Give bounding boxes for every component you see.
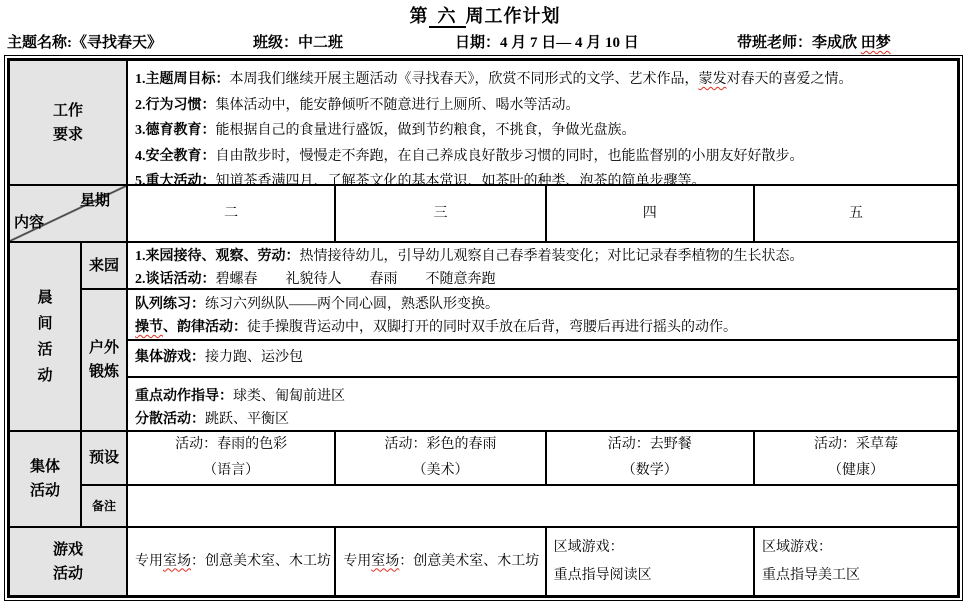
outdoor-label-line2: 锻炼	[89, 360, 119, 384]
work-label-line2: 要求	[53, 123, 83, 147]
date-field: 日期：4 月 7 日— 4 月 10 日	[455, 31, 639, 52]
theme-label: 主题名称:	[7, 35, 72, 51]
drill-line1: 队列练习：练习六列纵队——两个同心圆，熟悉队形变换。	[135, 293, 951, 316]
area-games-label: 区域游戏：	[554, 534, 749, 562]
work-item-3-label: 3.德育教育：	[135, 123, 216, 138]
title-week-number: 六	[429, 6, 466, 28]
work-item-1-text: 本周我们继续开展主题活动《寻找春天》，欣赏不同形式的文学、艺术作品，	[230, 72, 699, 87]
teacher-value-2: 田梦	[861, 35, 891, 51]
work-item: 4.安全教育：自由散步时，慢慢走不奔跑，在自己养成良好散步习惯的同时，也能监督别…	[135, 144, 951, 170]
day-header-fri: 五	[755, 186, 957, 243]
group-games-text: 接力跑、运沙包	[205, 350, 303, 365]
morning-label-char4: 动	[37, 363, 52, 389]
row-label-game-activities: 游戏活动	[10, 528, 128, 595]
games-text-end: ：创意美术室、木工坊	[399, 554, 539, 569]
date-value: 4 月 7 日— 4 月 10 日	[500, 35, 639, 51]
group-games-line: 集体游戏：接力跑、运沙包	[135, 345, 303, 370]
games-label-line2: 活动	[53, 562, 83, 586]
preset-activity: 活动：彩色的春雨	[384, 432, 496, 458]
teacher-value: 李成欣	[812, 35, 861, 51]
day-header-tue: 二	[128, 186, 336, 243]
outdoor-label-line1: 户外	[89, 336, 119, 360]
morning-label-char1: 晨	[37, 285, 52, 311]
preset-activity: 活动：春雨的色彩	[175, 432, 287, 458]
work-item: 2.行为习惯：集体活动中，能安静倾听不随意进行上厕所、喝水等活动。	[135, 93, 951, 119]
area-games-focus: 重点指导阅读区	[554, 562, 749, 590]
arrival-line1-text: 热情接待幼儿，引导幼儿观察自己春季着装变化；对比记录春季植物的生长状态。	[300, 249, 804, 264]
page-title: 第六周工作计划	[0, 2, 970, 28]
arrival-line1: 1.来园接待、观察、劳动：热情接待幼儿，引导幼儿观察自己春季着装变化；对比记录春…	[135, 245, 951, 268]
work-item-5-text: 知道茶香满四月，了解茶文化的基本常识，如茶叶的种类、泡茶的简单步骤等。	[216, 174, 706, 186]
misspelling-mark: 室场	[163, 554, 191, 569]
matrix-header-week: 星期	[80, 189, 110, 214]
arrival-line2-text: 碧螺春 礼貌待人 春雨 不随意奔跑	[216, 272, 496, 287]
morning-label-char2: 间	[37, 311, 52, 337]
plan-table: 工作要求 1.主题周目标：本周我们继续开展主题活动《寻找春天》，欣赏不同形式的文…	[4, 55, 963, 601]
day-header-wed: 三	[336, 186, 546, 243]
drill-line2-text: 徒手操腹背运动中，双脚打开的同时双手放在后背，弯腰后再进行摇头的动作。	[247, 320, 737, 335]
day-header-thu: 四	[547, 186, 755, 243]
theme-value: 《寻找春天》	[72, 35, 162, 51]
misspelling-mark: 室场	[371, 554, 399, 569]
title-suffix: 周工作计划	[466, 6, 561, 26]
class-label: 班级：	[253, 35, 298, 51]
cell-preset-thu: 活动：去野餐（数学）	[547, 432, 755, 486]
area-games-focus: 重点指导美工区	[762, 562, 953, 590]
arrival-line2: 2.谈话活动：碧螺春 礼貌待人 春雨 不随意奔跑	[135, 268, 951, 290]
cell-arrival: 1.来园接待、观察、劳动：热情接待幼儿，引导幼儿观察自己春季着装变化；对比记录春…	[128, 243, 957, 290]
row-label-morning-activities: 晨间活动	[10, 243, 82, 432]
key-actions-text: 球类、匍匐前进区	[233, 389, 345, 404]
preset-activity: 活动：去野餐	[608, 432, 692, 458]
cell-preset-wed: 活动：彩色的春雨（美术）	[336, 432, 546, 486]
games-label-line1: 游戏	[53, 538, 83, 562]
group-label-line2: 活动	[30, 479, 60, 503]
row-label-collective-activities: 集体活动	[10, 432, 82, 528]
work-label-line1: 工作	[53, 99, 83, 123]
preset-domain: （数学）	[622, 458, 678, 484]
scattered-activity-text: 跳跃、平衡区	[205, 412, 289, 427]
preset-domain: （健康）	[828, 458, 884, 484]
cell-preset-tue: 活动：春雨的色彩（语言）	[128, 432, 336, 486]
theme-name-field: 主题名称:《寻找春天》	[7, 31, 162, 52]
arrival-line2-label: 2.谈话活动：	[135, 272, 216, 287]
group-label-line1: 集体	[30, 455, 60, 479]
work-item-3-text: 能根据自己的食量进行盛饭，做到节约粮食，不挑食，争做光盘族。	[216, 123, 636, 138]
drill-line1-text: 练习六列纵队——两个同心圆，熟悉队形变换。	[205, 297, 499, 312]
misspelling-mark: 操节	[135, 320, 163, 335]
work-item-2-text: 集体活动中，能安静倾听不随意进行上厕所、喝水等活动。	[216, 98, 580, 113]
cell-outdoor-drill: 队列练习：练习六列纵队——两个同心圆，熟悉队形变换。 操节、韵律活动：徒手操腹背…	[128, 290, 957, 341]
scattered-activity-label: 分散活动：	[135, 412, 205, 427]
work-item-5-label: 5.重大活动：	[135, 174, 216, 186]
work-item-1-text-end: 对春天的喜爱之情。	[727, 72, 853, 87]
work-item-2-label: 2.行为习惯：	[135, 98, 216, 113]
group-games-label: 集体游戏：	[135, 350, 205, 365]
key-actions-line2: 分散活动：跳跃、平衡区	[135, 408, 951, 431]
teacher-label: 带班老师：	[737, 35, 812, 51]
row-label-work-requirements: 工作要求	[10, 61, 128, 186]
date-label: 日期：	[455, 35, 500, 51]
preset-domain: （语言）	[203, 458, 259, 484]
matrix-header-content: 内容	[14, 211, 44, 236]
preset-activity: 活动：采草莓	[814, 432, 898, 458]
drill-line2-label: 、韵律活动：	[163, 320, 247, 335]
work-item-1-label: 1.主题周目标：	[135, 72, 230, 87]
preset-domain: （美术）	[412, 458, 468, 484]
drill-line2: 操节、韵律活动：徒手操腹背运动中，双脚打开的同时双手放在后背，弯腰后再进行摇头的…	[135, 316, 951, 339]
cell-games-fri: 区域游戏：重点指导美工区	[755, 528, 957, 595]
cell-games-tue: 专用室场：创意美术室、木工坊	[128, 528, 336, 595]
cell-group-games: 集体游戏：接力跑、运沙包	[128, 341, 957, 378]
drill-line1-label: 队列练习：	[135, 297, 205, 312]
work-item: 1.主题周目标：本周我们继续开展主题活动《寻找春天》，欣赏不同形式的文学、艺术作…	[135, 67, 951, 93]
class-value: 中二班	[298, 35, 343, 51]
sub-label-note: 备注	[82, 486, 128, 528]
class-field: 班级：中二班	[253, 31, 343, 52]
work-item-4-label: 4.安全教育：	[135, 149, 216, 164]
sub-label-outdoor-exercise: 户外锻炼	[82, 290, 128, 432]
morning-label-char3: 活	[37, 337, 52, 363]
work-item-4-text: 自由散步时，慢慢走不奔跑，在自己养成良好散步习惯的同时，也能监督别的小朋友好好散…	[216, 149, 804, 164]
title-prefix: 第	[410, 6, 429, 26]
cell-preset-fri: 活动：采草莓（健康）	[755, 432, 957, 486]
cell-key-actions: 重点动作指导：球类、匍匐前进区 分散活动：跳跃、平衡区	[128, 378, 957, 432]
sub-label-arrival: 来园	[82, 243, 128, 290]
document-info-row: 主题名称:《寻找春天》 班级：中二班 日期：4 月 7 日— 4 月 10 日 …	[0, 31, 970, 53]
matrix-header-cell: 星期 内容	[10, 186, 128, 243]
key-actions-label: 重点动作指导：	[135, 389, 233, 404]
area-games-label: 区域游戏：	[762, 534, 953, 562]
sub-label-preset: 预设	[82, 432, 128, 486]
weekly-plan-document: { "page": { "title_prefix": "第", "title_…	[0, 0, 970, 605]
cell-note	[128, 486, 957, 528]
plan-grid: 工作要求 1.主题周目标：本周我们继续开展主题活动《寻找春天》，欣赏不同形式的文…	[7, 58, 960, 598]
games-text: 专用	[135, 554, 163, 569]
work-item: 3.德育教育：能根据自己的食量进行盛饭，做到节约粮食，不挑食，争做光盘族。	[135, 118, 951, 144]
misspelling-mark: 蒙发	[699, 72, 727, 87]
cell-games-thu: 区域游戏：重点指导阅读区	[547, 528, 755, 595]
games-text-end: ：创意美术室、木工坊	[191, 554, 331, 569]
teacher-field: 带班老师：李成欣 田梦	[737, 31, 891, 52]
work-item: 5.重大活动：知道茶香满四月，了解茶文化的基本常识，如茶叶的种类、泡茶的简单步骤…	[135, 169, 951, 186]
cell-games-wed: 专用室场：创意美术室、木工坊	[336, 528, 546, 595]
key-actions-line1: 重点动作指导：球类、匍匐前进区	[135, 385, 951, 408]
arrival-line1-label: 1.来园接待、观察、劳动：	[135, 249, 300, 264]
games-text: 专用	[343, 554, 371, 569]
cell-work-requirements: 1.主题周目标：本周我们继续开展主题活动《寻找春天》，欣赏不同形式的文学、艺术作…	[128, 61, 957, 186]
